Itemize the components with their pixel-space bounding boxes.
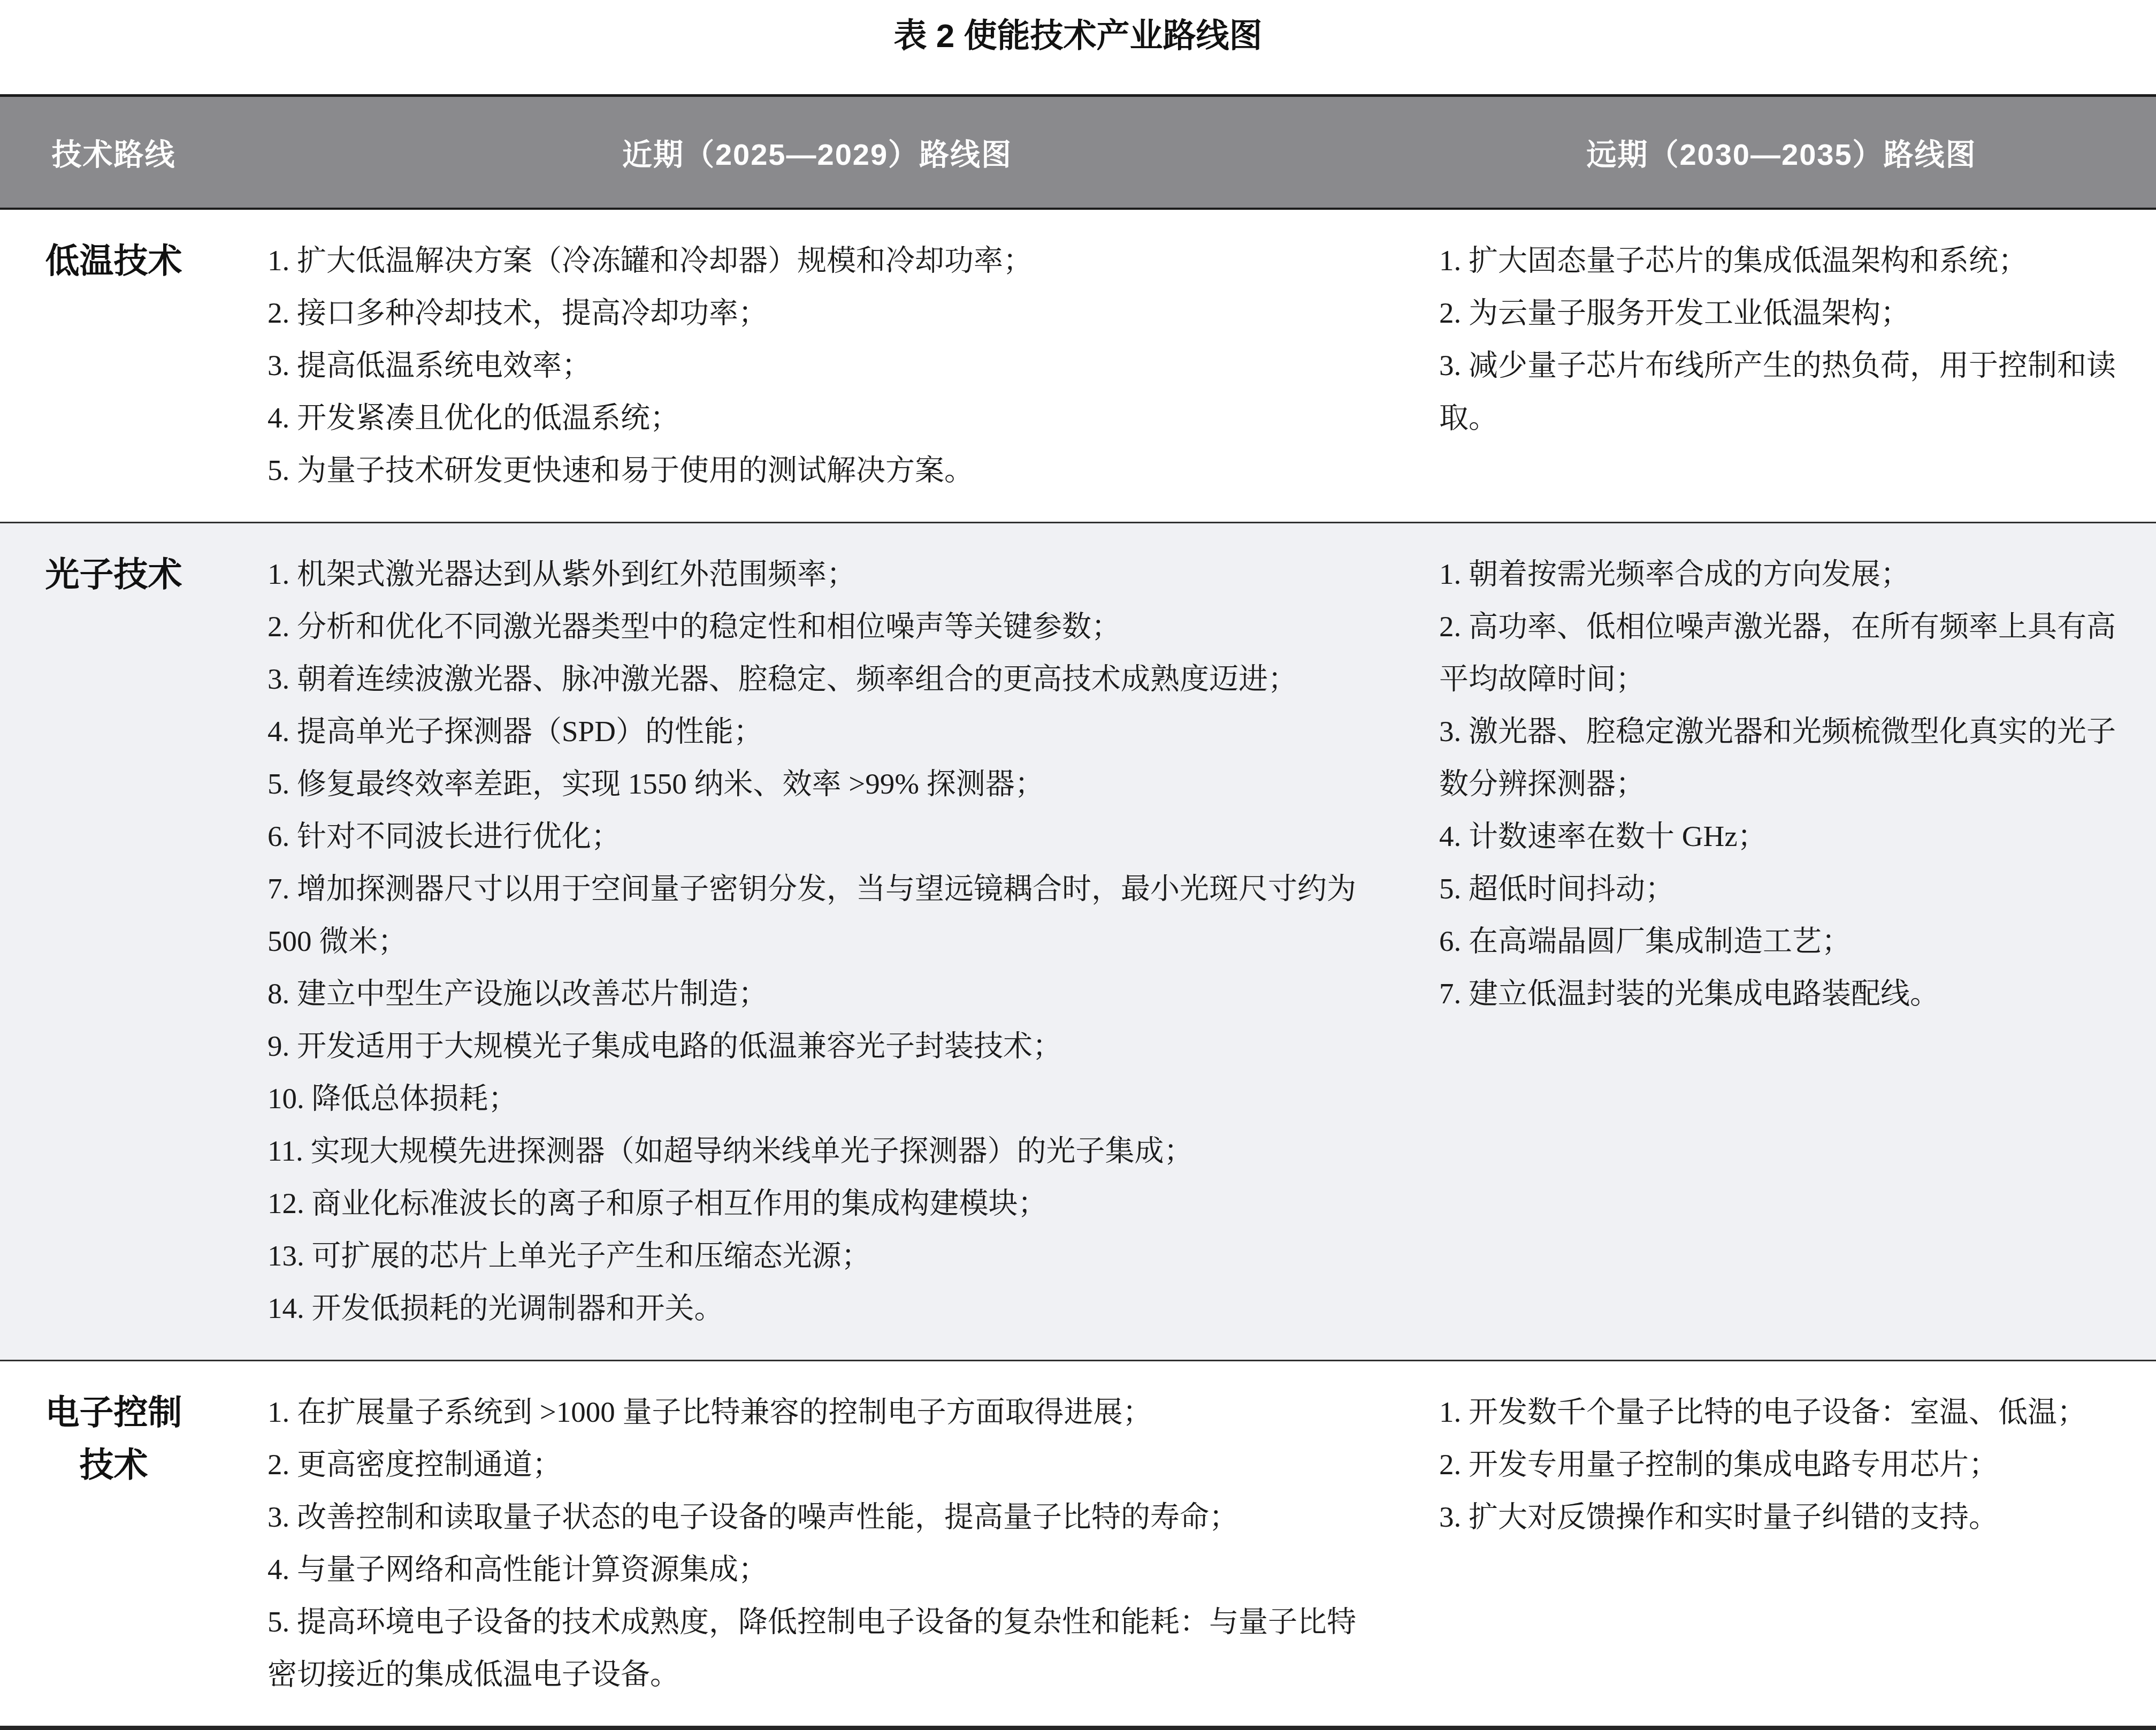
far-term-cell-electronic-control: 1. 开发数千个量子比特的电子设备：室温、低温； 2. 开发专用量子控制的集成电… [1407, 1361, 2156, 1726]
roadmap-item: 6. 针对不同波长进行优化； [267, 810, 1370, 863]
roadmap-item: 1. 在扩展量子系统到 >1000 量子比特兼容的控制电子方面取得进展； [267, 1386, 1370, 1438]
far-term-cell-photonics: 1. 朝着按需光频率合成的方向发展； 2. 高功率、低相位噪声激光器，在所有频率… [1407, 523, 2156, 1360]
near-term-cell-cryogenics: 1. 扩大低温解决方案（冷冻罐和冷却器）规模和冷却功率； 2. 接口多种冷却技术… [227, 210, 1407, 522]
roadmap-item: 5. 超低时间抖动； [1439, 863, 2132, 915]
roadmap-item: 4. 提高单光子探测器（SPD）的性能； [267, 705, 1370, 758]
roadmap-item: 3. 提高低温系统电效率； [267, 339, 1370, 392]
roadmap-item: 2. 为云量子服务开发工业低温架构； [1439, 287, 2132, 339]
roadmap-item: 14. 开发低损耗的光调制器和开关。 [267, 1282, 1370, 1335]
roadmap-item: 4. 与量子网络和高性能计算资源集成； [267, 1543, 1370, 1596]
roadmap-item: 11. 实现大规模先进探测器（如超导纳米线单光子探测器）的光子集成； [267, 1125, 1370, 1177]
header-tech-route: 技术路线 [0, 97, 227, 208]
table-header-row: 技术路线 近期（2025—2029）路线图 远期（2030—2035）路线图 [0, 97, 2156, 210]
row-label-electronic-control: 电子控制 技术 [0, 1361, 227, 1726]
roadmap-item: 1. 开发数千个量子比特的电子设备：室温、低温； [1439, 1386, 2132, 1438]
roadmap-item: 5. 提高环境电子设备的技术成熟度，降低控制电子设备的复杂性和能耗：与量子比特密… [267, 1596, 1370, 1701]
roadmap-item: 1. 扩大固态量子芯片的集成低温架构和系统； [1439, 234, 2132, 287]
roadmap-item: 10. 降低总体损耗； [267, 1072, 1370, 1125]
table-caption: 表 2 使能技术产业路线图 [0, 0, 2156, 94]
near-term-cell-electronic-control: 1. 在扩展量子系统到 >1000 量子比特兼容的控制电子方面取得进展； 2. … [227, 1361, 1407, 1726]
far-term-cell-cryogenics: 1. 扩大固态量子芯片的集成低温架构和系统； 2. 为云量子服务开发工业低温架构… [1407, 210, 2156, 522]
header-far-term: 远期（2030—2035）路线图 [1407, 97, 2156, 208]
roadmap-item: 2. 更高密度控制通道； [267, 1438, 1370, 1491]
row-label-line: 光子技术 [5, 548, 222, 600]
roadmap-item: 9. 开发适用于大规模光子集成电路的低温兼容光子封装技术； [267, 1020, 1370, 1072]
table-row-electronic-control: 电子控制 技术 1. 在扩展量子系统到 >1000 量子比特兼容的控制电子方面取… [0, 1360, 2156, 1726]
near-term-cell-photonics: 1. 机架式激光器达到从紫外到红外范围频率； 2. 分析和优化不同激光器类型中的… [227, 523, 1407, 1360]
roadmap-item: 8. 建立中型生产设施以改善芯片制造； [267, 967, 1370, 1020]
roadmap-item: 3. 改善控制和读取量子状态的电子设备的噪声性能，提高量子比特的寿命； [267, 1491, 1370, 1543]
roadmap-item: 4. 开发紧凑且优化的低温系统； [267, 392, 1370, 444]
row-label-line: 低温技术 [5, 234, 222, 287]
roadmap-item: 2. 接口多种冷却技术，提高冷却功率； [267, 287, 1370, 339]
row-label-cryogenics: 低温技术 [0, 210, 227, 522]
roadmap-item: 5. 为量子技术研发更快速和易于使用的测试解决方案。 [267, 444, 1370, 497]
row-label-line: 技术 [5, 1438, 222, 1491]
roadmap-item: 2. 高功率、低相位噪声激光器，在所有频率上具有高平均故障时间； [1439, 600, 2132, 705]
row-label-line: 电子控制 [5, 1386, 222, 1438]
roadmap-item: 7. 建立低温封装的光集成电路装配线。 [1439, 967, 2132, 1020]
roadmap-item: 4. 计数速率在数十 GHz； [1439, 810, 2132, 863]
row-label-photonics: 光子技术 [0, 523, 227, 1360]
roadmap-item: 1. 扩大低温解决方案（冷冻罐和冷却器）规模和冷却功率； [267, 234, 1370, 287]
roadmap-item: 3. 激光器、腔稳定激光器和光频梳微型化真实的光子数分辨探测器； [1439, 705, 2132, 810]
roadmap-table: 技术路线 近期（2025—2029）路线图 远期（2030—2035）路线图 低… [0, 94, 2156, 1730]
table-row-cryogenics: 低温技术 1. 扩大低温解决方案（冷冻罐和冷却器）规模和冷却功率； 2. 接口多… [0, 210, 2156, 522]
roadmap-item: 5. 修复最终效率差距，实现 1550 纳米、效率 >99% 探测器； [267, 758, 1370, 810]
roadmap-item: 3. 朝着连续波激光器、脉冲激光器、腔稳定、频率组合的更高技术成熟度迈进； [267, 653, 1370, 705]
roadmap-item: 7. 增加探测器尺寸以用于空间量子密钥分发，当与望远镜耦合时，最小光斑尺寸约为 … [267, 863, 1370, 967]
table-row-photonics: 光子技术 1. 机架式激光器达到从紫外到红外范围频率； 2. 分析和优化不同激光… [0, 522, 2156, 1360]
header-near-term: 近期（2025—2029）路线图 [227, 97, 1407, 208]
roadmap-item: 2. 开发专用量子控制的集成电路专用芯片； [1439, 1438, 2132, 1491]
roadmap-item: 1. 朝着按需光频率合成的方向发展； [1439, 548, 2132, 600]
roadmap-item: 1. 机架式激光器达到从紫外到红外范围频率； [267, 548, 1370, 600]
roadmap-item: 12. 商业化标准波长的离子和原子相互作用的集成构建模块； [267, 1177, 1370, 1230]
roadmap-item: 3. 减少量子芯片布线所产生的热负荷，用于控制和读取。 [1439, 339, 2132, 444]
roadmap-item: 2. 分析和优化不同激光器类型中的稳定性和相位噪声等关键参数； [267, 600, 1370, 653]
paper-table-page: 表 2 使能技术产业路线图 技术路线 近期（2025—2029）路线图 远期（2… [0, 0, 2156, 1730]
roadmap-item: 3. 扩大对反馈操作和实时量子纠错的支持。 [1439, 1491, 2132, 1543]
roadmap-item: 13. 可扩展的芯片上单光子产生和压缩态光源； [267, 1230, 1370, 1282]
roadmap-item: 6. 在高端晶圆厂集成制造工艺； [1439, 915, 2132, 967]
